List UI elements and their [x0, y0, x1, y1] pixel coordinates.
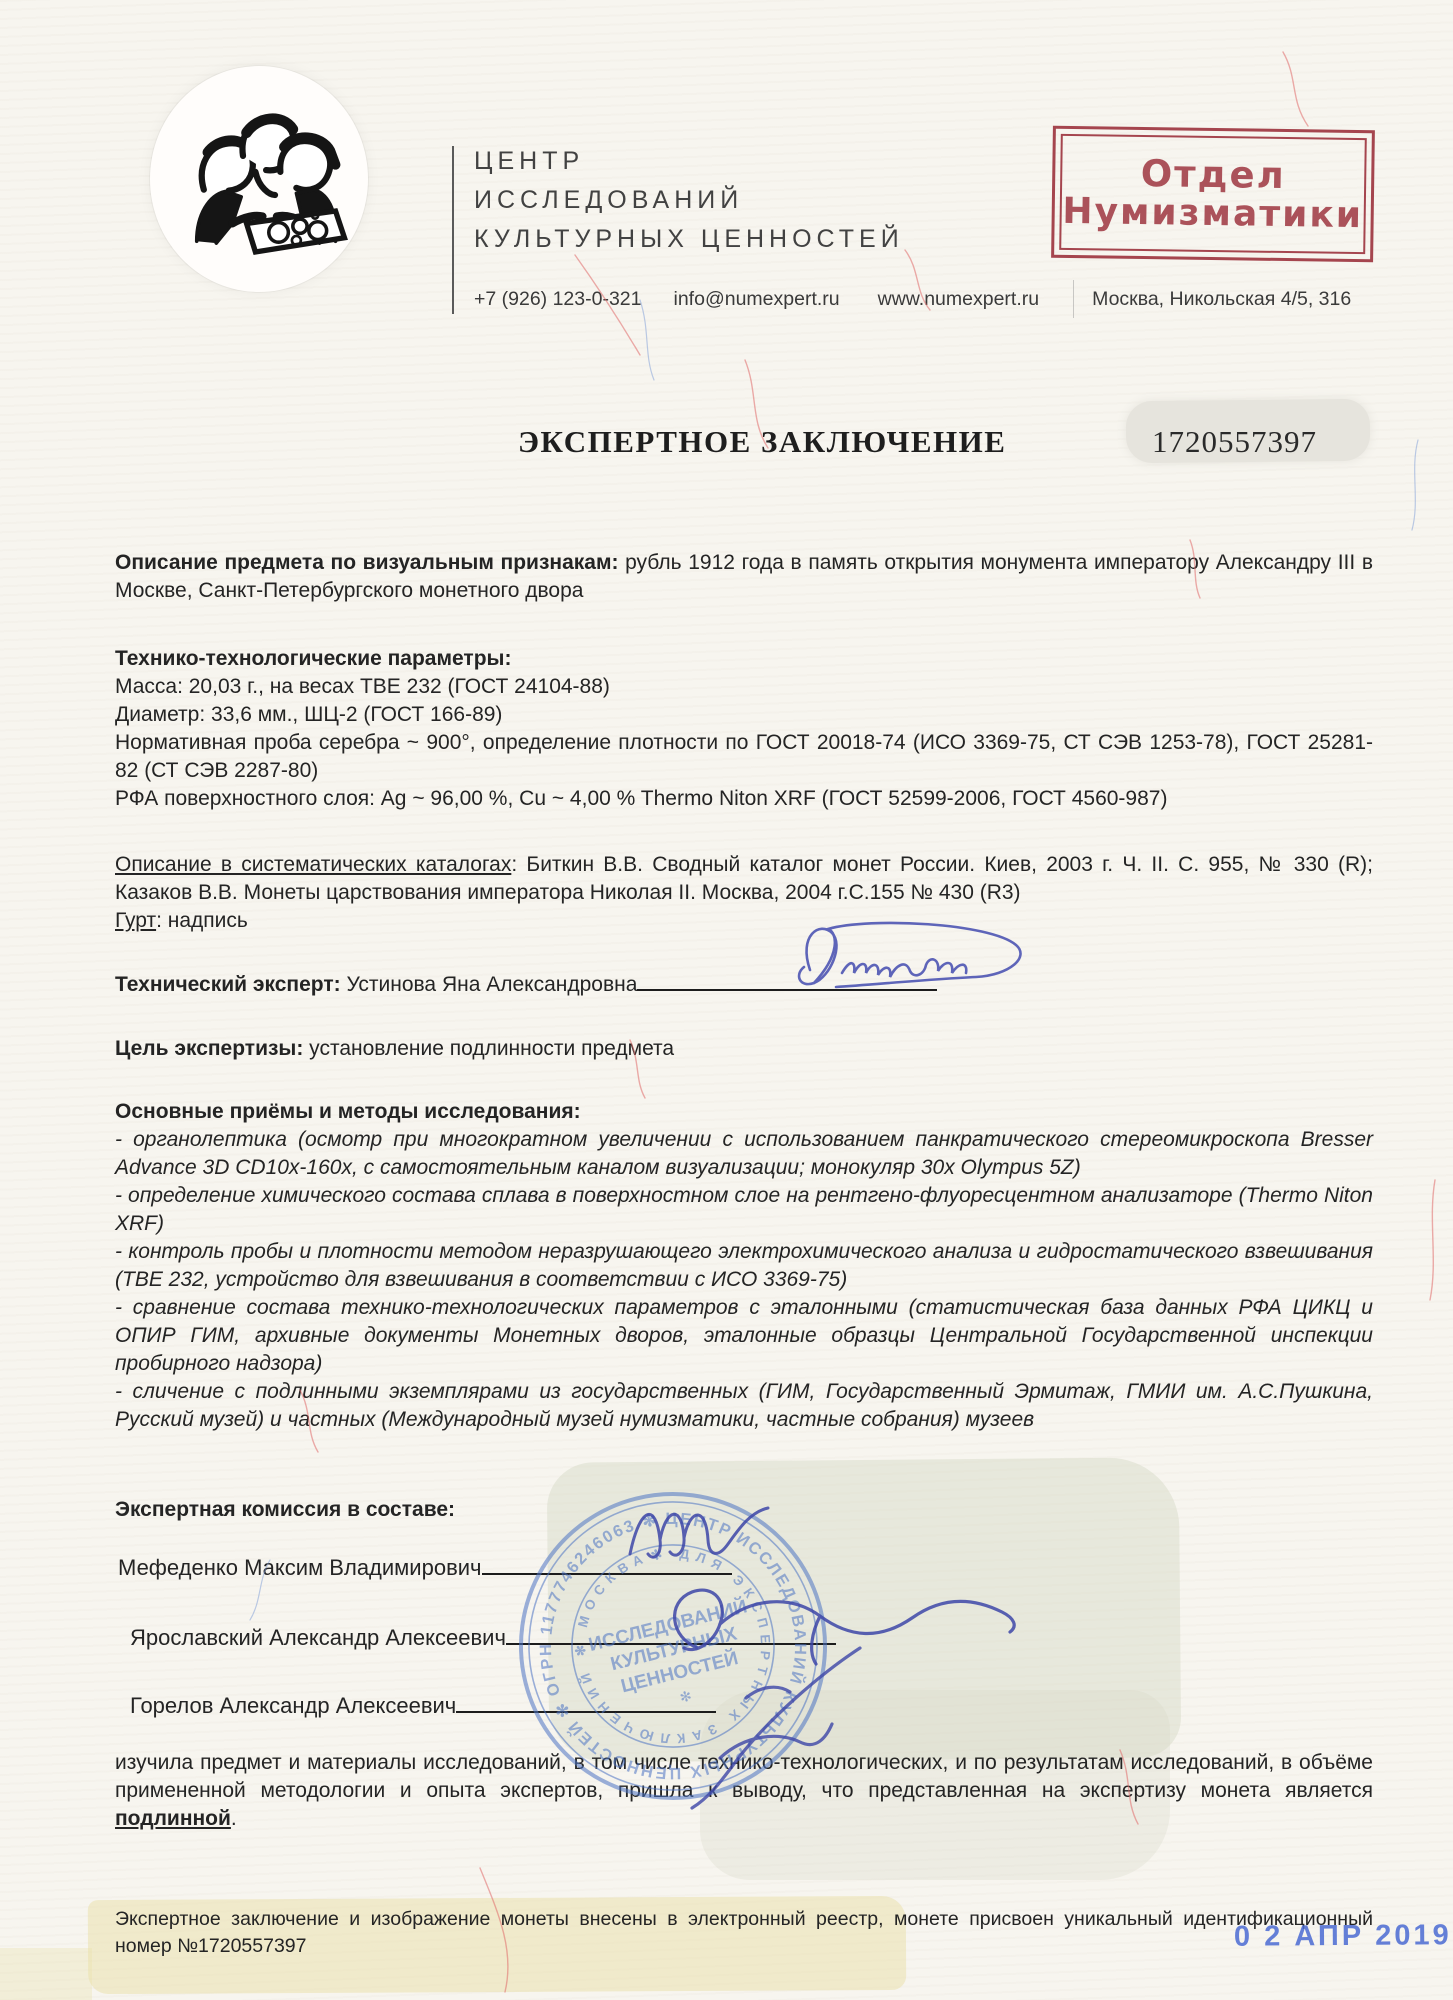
section-methods: Основные приёмы и методы исследования: -…	[115, 1098, 1373, 1434]
org-logo	[150, 66, 368, 292]
tech-params-line: Масса: 20,03 г., на весах ТВЕ 232 (ГОСТ …	[115, 673, 1373, 701]
methods-label: Основные приёмы и методы исследования:	[115, 1098, 1373, 1126]
document-page: ЦЕНТР ИССЛЕДОВАНИЙ КУЛЬТУРНЫХ ЦЕННОСТЕЙ …	[0, 0, 1453, 2000]
document-title: ЭКСПЕРТНОЕ ЗАКЛЮЧЕНИЕ	[518, 424, 1006, 460]
member-name: Горелов Александр Алексеевич	[130, 1693, 456, 1718]
catalogs-label: Описание в систематических каталогах	[115, 853, 511, 876]
section-description: Описание предмета по визуальным признака…	[115, 549, 1373, 605]
method-item: - контроль пробы и плотности методом нер…	[115, 1238, 1373, 1294]
purpose-text: установление подлинности предмета	[303, 1037, 674, 1060]
conclusion-suffix: .	[231, 1807, 237, 1830]
section-catalogs: Описание в систематических каталогах: Би…	[115, 851, 1373, 935]
tech-expert-name: Устинова Яна Александровна	[341, 973, 638, 996]
section-purpose: Цель экспертизы: установление подлинност…	[115, 1035, 1373, 1063]
method-item: - определение химического состава сплава…	[115, 1182, 1373, 1238]
member-name: Ярославский Александр Алексеевич	[130, 1625, 506, 1650]
tech-params-line: Диаметр: 33,6 мм., ШЦ-2 (ГОСТ 166-89)	[115, 701, 1373, 729]
numismatists-logo-icon	[170, 88, 348, 270]
org-name: ЦЕНТР ИССЛЕДОВАНИЙ КУЛЬТУРНЫХ ЦЕННОСТЕЙ	[474, 142, 904, 259]
org-name-line1: ЦЕНТР	[474, 142, 904, 181]
tech-params-line: Нормативная проба серебра ~ 900°, опреде…	[115, 729, 1373, 785]
tech-params-label: Технико-технологические параметры:	[115, 645, 1373, 673]
conclusion-emphasis: подлинной	[115, 1807, 231, 1830]
contact-divider	[1073, 280, 1074, 318]
gurt-label: Гурт	[115, 909, 156, 932]
email-address: info@numexpert.ru	[674, 288, 840, 311]
red-stamp-line2: Нумизматики	[1062, 192, 1363, 235]
org-name-line2: ИССЛЕДОВАНИЙ	[474, 181, 904, 220]
website-url: www.numexpert.ru	[878, 288, 1039, 311]
method-item: - сличение с подлинными экземплярами из …	[115, 1378, 1373, 1434]
org-logo-circle	[150, 66, 368, 292]
tech-params-line: РФА поверхностного слоя: Ag ~ 96,00 %, C…	[115, 785, 1373, 813]
purpose-label: Цель экспертизы:	[115, 1037, 303, 1060]
red-stamp-line1: Отдел	[1063, 152, 1364, 196]
member-name: Мефеденко Максим Владимирович	[118, 1555, 482, 1580]
section-tech-params: Технико-технологические параметры: Масса…	[115, 645, 1373, 813]
tech-expert-label: Технический эксперт:	[115, 973, 341, 996]
method-item: - сравнение состава технико-технологичес…	[115, 1294, 1373, 1378]
gurt-text: : надпись	[156, 909, 248, 932]
scan-stain	[0, 1948, 92, 2000]
red-stamp: Отдел Нумизматики	[1051, 126, 1375, 262]
description-label: Описание предмета по визуальным признака…	[115, 551, 618, 574]
org-name-line3: КУЛЬТУРНЫХ ЦЕННОСТЕЙ	[474, 220, 904, 259]
tech-expert-signature-line	[637, 968, 937, 991]
postal-address: Москва, Никольская 4/5, 316	[1092, 288, 1351, 311]
section-registry: Экспертное заключение и изображение моне…	[115, 1906, 1373, 1960]
header-divider	[452, 146, 454, 314]
phone-number: +7 (926) 123-0-321	[474, 288, 642, 311]
document-number: 1720557397	[1152, 424, 1317, 460]
round-seal-icon: ✻ ЦЕНТР ИССЛЕДОВАНИЙ КУЛЬТУРНЫХ ЦЕННОСТЕ…	[510, 1483, 836, 1809]
section-tech-expert: Технический эксперт: Устинова Яна Алекса…	[115, 968, 1373, 999]
contact-bar: +7 (926) 123-0-321 info@numexpert.ru www…	[474, 280, 1351, 318]
method-item: - органолептика (осмотр при многократном…	[115, 1126, 1373, 1182]
svg-text:✻: ✻	[678, 1687, 693, 1705]
date-stamp: 0 2 АПР 2019	[1234, 1919, 1452, 1954]
